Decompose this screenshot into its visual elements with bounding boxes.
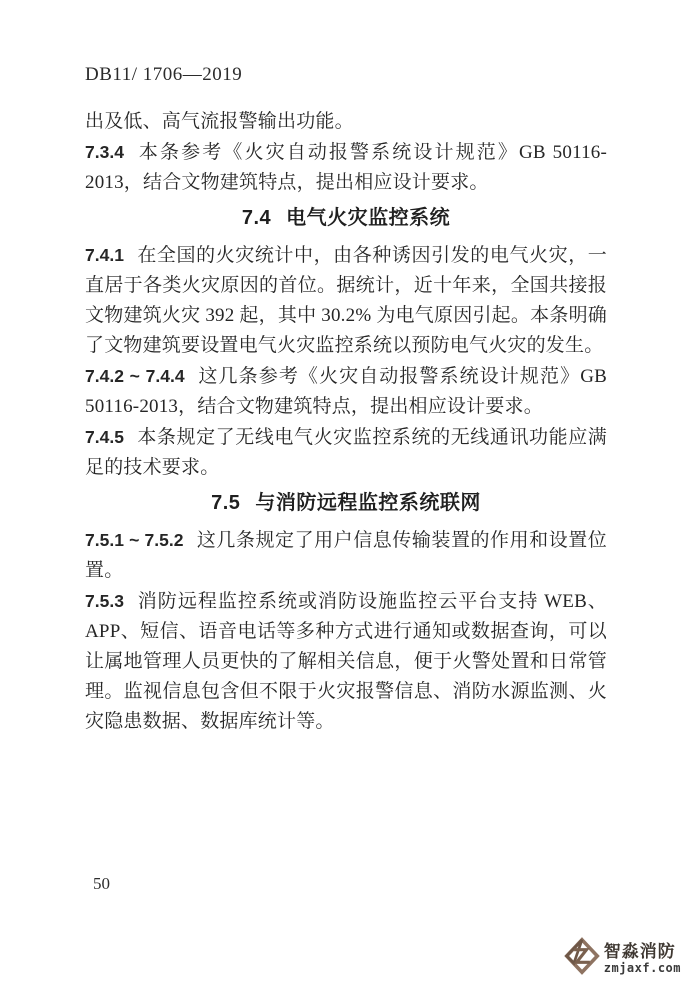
watermark-logo: 智淼消防 zmjaxf.com [564,937,681,980]
section-title: 电气火灾监控系统 [286,207,450,229]
paragraph-text: 消防远程监控系统或消防设施监控云平台支持 WEB、APP、短信、语音电话等多种方… [85,591,607,732]
paragraph-7-5-1-to-7-5-2: 7.5.1 ~ 7.5.2这几条规定了用户信息传输装置的作用和设置位置。 [85,525,607,586]
paragraph-7-4-2-to-7-4-4: 7.4.2 ~ 7.4.4这几条参考《火灾自动报警系统设计规范》GB 50116… [85,361,607,422]
diamond-z-logo-icon [564,937,600,980]
page-header: DB11/ 1706—2019 [85,63,607,87]
watermark-text: 智淼消防 zmjaxf.com [604,943,681,974]
clause-label: 7.5.3 [85,591,124,611]
section-number: 7.5 [211,492,240,514]
paragraph-text: 出及低、高气流报警输出功能。 [85,111,354,132]
paragraph-continuation: 出及低、高气流报警输出功能。 [85,107,607,137]
document-body: 出及低、高气流报警输出功能。 7.3.4本条参考《火灾自动报警系统设计规范》GB… [85,107,607,737]
paragraph-text: 在全国的火灾统计中，由各种诱因引发的电气火灾，一直居于各类火灾原因的首位。据统计… [85,245,607,356]
paragraph-7-3-4: 7.3.4本条参考《火灾自动报警系统设计规范》GB 50116-2013，结合文… [85,137,607,198]
clause-label: 7.4.2 ~ 7.4.4 [85,366,185,386]
section-heading-7-4: 7.4电气火灾监控系统 [85,203,607,233]
clause-label: 7.3.4 [85,142,124,162]
paragraph-7-4-5: 7.4.5本条规定了无线电气火灾监控系统的无线通讯功能应满足的技术要求。 [85,422,607,483]
clause-label: 7.4.5 [85,427,124,447]
section-title: 与消防远程监控系统联网 [255,492,481,514]
clause-label: 7.4.1 [85,245,124,265]
paragraph-text: 本条参考《火灾自动报警系统设计规范》GB 50116-2013，结合文物建筑特点… [85,142,607,193]
paragraph-7-4-1: 7.4.1在全国的火灾统计中，由各种诱因引发的电气火灾，一直居于各类火灾原因的首… [85,240,607,361]
standard-number: DB11/ 1706—2019 [85,64,242,85]
paragraph-text: 本条规定了无线电气火灾监控系统的无线通讯功能应满足的技术要求。 [85,427,607,478]
section-number: 7.4 [242,207,271,229]
brand-domain: zmjaxf.com [604,962,681,974]
clause-label: 7.5.1 ~ 7.5.2 [85,530,183,550]
paragraph-7-5-3: 7.5.3消防远程监控系统或消防设施监控云平台支持 WEB、APP、短信、语音电… [85,586,607,737]
page-number: 50 [93,874,110,894]
section-heading-7-5: 7.5与消防远程监控系统联网 [85,488,607,518]
brand-name: 智淼消防 [604,943,681,960]
document-page: DB11/ 1706—2019 出及低、高气流报警输出功能。 7.3.4本条参考… [0,0,690,987]
